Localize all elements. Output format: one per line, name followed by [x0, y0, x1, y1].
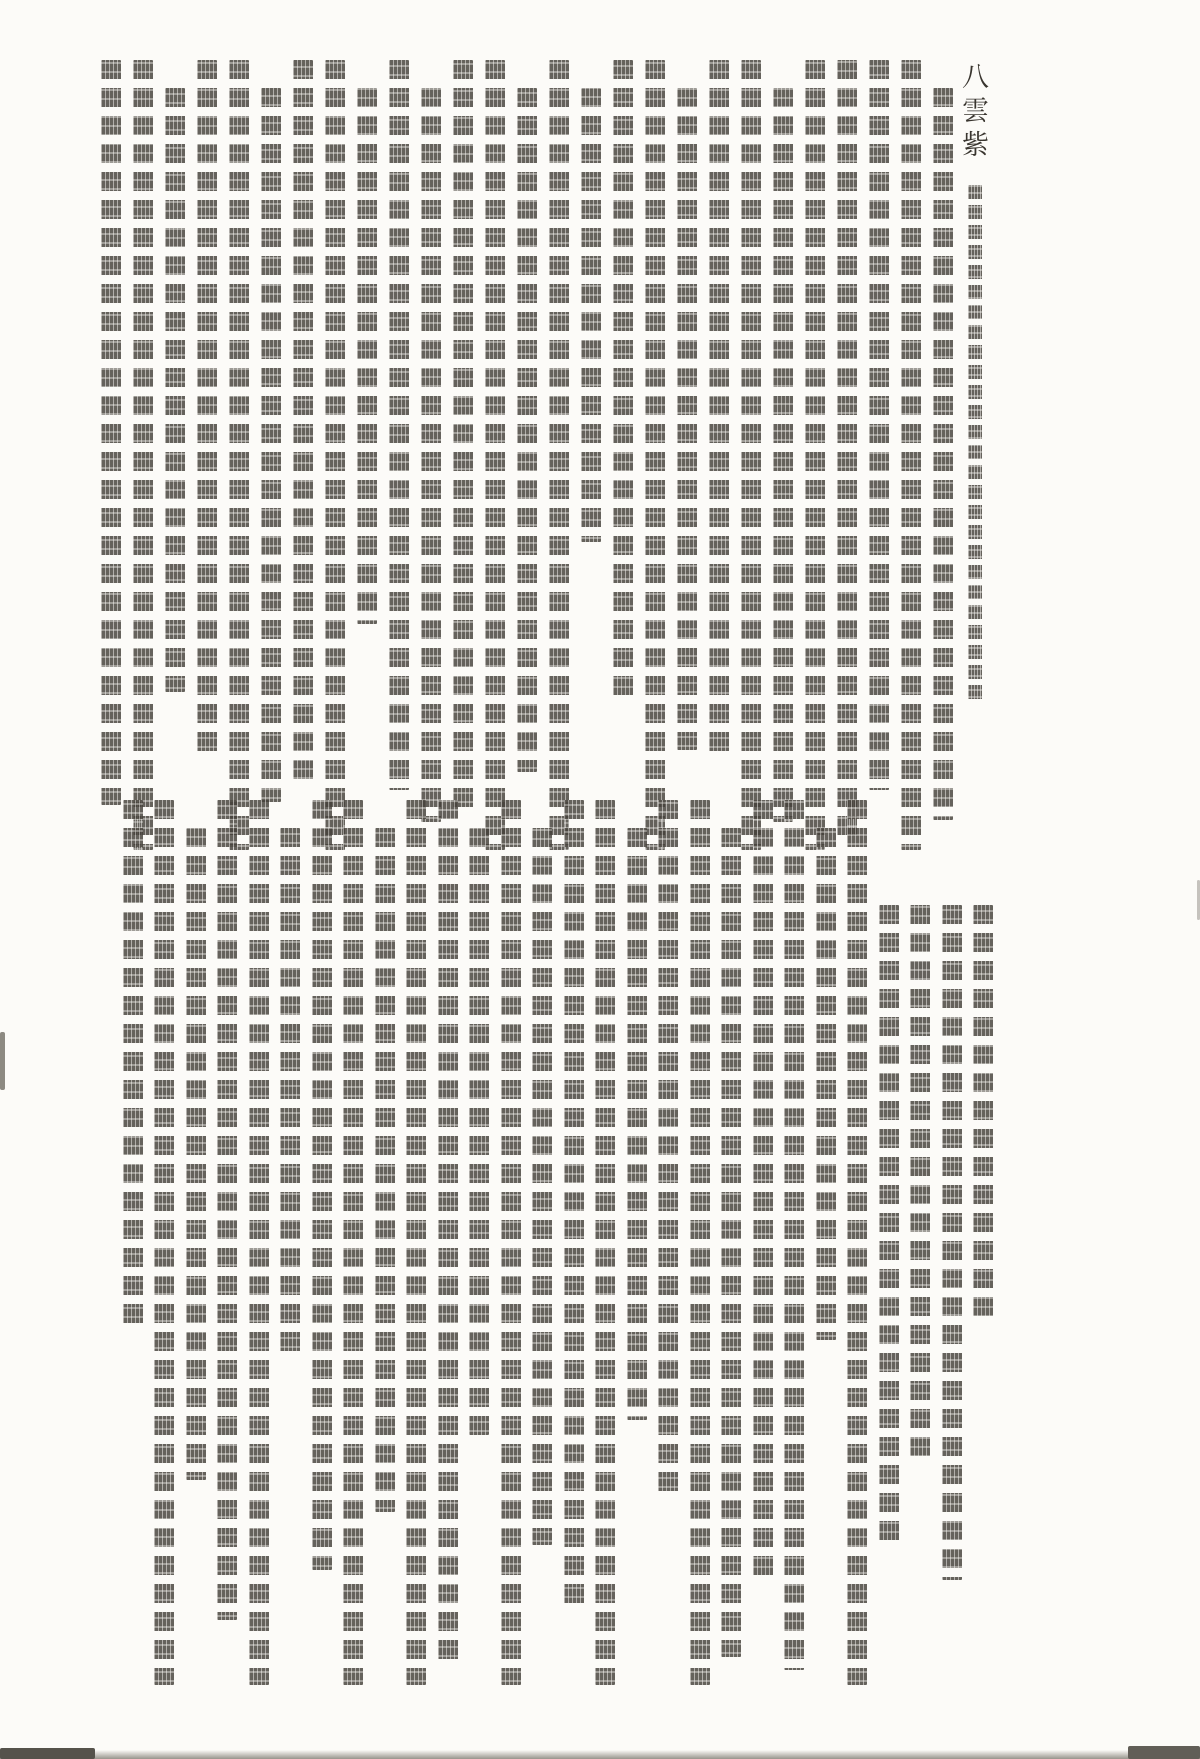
page-title-character-name: 八雲紫 [953, 62, 992, 164]
redacted-text-column [229, 60, 249, 850]
redacted-text-column [343, 800, 363, 1685]
redacted-text-column [973, 905, 993, 1320]
redacted-text-column [645, 60, 665, 850]
redacted-text-column [249, 800, 269, 1685]
redacted-text-column [709, 60, 729, 760]
redacted-text-column [261, 88, 281, 802]
redacted-text-column [389, 60, 409, 790]
redacted-text-column [501, 800, 521, 1685]
redacted-text-column [485, 60, 505, 850]
redacted-text-column [406, 800, 426, 1685]
redacted-text-column [627, 828, 647, 1420]
page-subtitle-redacted [968, 185, 982, 700]
redacted-text-column [805, 60, 825, 850]
redacted-text-column [564, 800, 584, 1610]
redacted-text-column [186, 828, 206, 1480]
scan-smudge-bottom-right [1128, 1746, 1200, 1759]
redacted-text-column [658, 800, 678, 1500]
redacted-text-column [847, 800, 867, 1685]
redacted-text-column [293, 60, 313, 782]
redacted-text-column [837, 60, 857, 840]
redacted-text-column [101, 60, 121, 805]
redacted-text-column [773, 88, 793, 822]
redacted-text-column [217, 800, 237, 1620]
redacted-text-column [581, 88, 601, 542]
redacted-text-column [721, 828, 741, 1657]
redacted-text-column [942, 905, 962, 1580]
redacted-text-column [869, 60, 889, 790]
redacted-text-column [421, 88, 441, 822]
redacted-text-column [753, 800, 773, 1580]
redacted-text-column [816, 828, 836, 1340]
redacted-text-column [690, 800, 710, 1685]
redacted-text-column [453, 60, 473, 815]
redacted-text-column [197, 60, 217, 760]
redacted-text-column [325, 60, 345, 850]
redacted-text-column [357, 88, 377, 624]
scan-smudge-bottom-left [0, 1748, 95, 1759]
redacted-text-column [154, 800, 174, 1685]
redacted-text-column [741, 60, 761, 850]
scanned-page: 八雲紫 The body prose and subtitle on this … [0, 0, 1200, 1759]
redacted-text-column [517, 88, 537, 772]
redacted-text-column [910, 905, 930, 1460]
redacted-text-column [375, 828, 395, 1512]
scan-smudge-left-edge [0, 1032, 5, 1090]
scan-edge-bottom [0, 1750, 1200, 1759]
redacted-text-column [595, 800, 615, 1685]
redacted-text-column [784, 800, 804, 1670]
redacted-text-column [123, 800, 143, 1330]
redacted-text-column [133, 60, 153, 850]
redacted-text-column [280, 828, 300, 1360]
redacted-text-column [549, 60, 569, 850]
redacted-text-column [532, 828, 552, 1545]
redacted-text-column [438, 800, 458, 1660]
redacted-text-column [312, 800, 332, 1570]
redacted-text-column [933, 88, 953, 820]
redacted-text-column [901, 60, 921, 850]
redacted-text-column [165, 88, 185, 692]
redacted-text-column [677, 88, 697, 750]
redacted-text-column [879, 905, 899, 1545]
redacted-text-column [613, 60, 633, 700]
redacted-text-column [469, 828, 489, 1435]
